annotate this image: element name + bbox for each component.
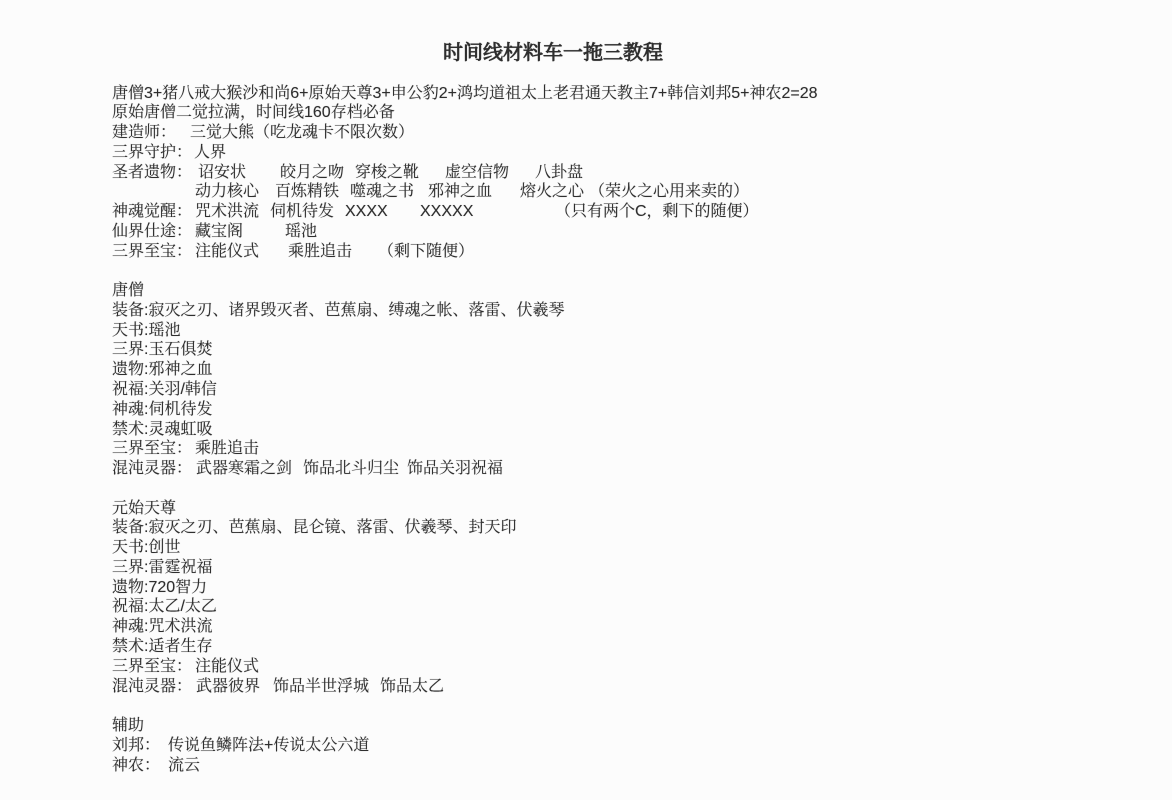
support-entry-value: 传说鱼鳞阵法+传说太公六道: [168, 736, 369, 756]
char-treasure-item: 注能仪式: [195, 657, 259, 677]
chaos-gear-item: 饰品关羽祝福: [407, 459, 503, 479]
relic-item: 诏安状: [198, 163, 246, 183]
tianshu-line: 天书:创世: [112, 538, 1142, 558]
holy-relics-line-1: 圣者遗物： 诏安状 皎月之吻 穿梭之靴 虚空信物 八卦盘: [112, 163, 1142, 183]
relic-item: 邪神之血: [428, 182, 492, 202]
builder-label: 建造师：: [112, 123, 176, 143]
chaos-gear-item: 饰品北斗归尘: [303, 459, 399, 479]
soul-item: XXXX: [345, 202, 388, 222]
char-treasure-label: 三界至宝：: [112, 657, 192, 677]
treasure-note: （剩下随便）: [378, 242, 474, 262]
soul-item: 伺机待发: [270, 202, 334, 222]
support-entry-value: 流云: [168, 756, 200, 776]
support-entry-label: 刘邦：: [112, 736, 160, 756]
relic-line: 遗物:邪神之血: [112, 360, 1142, 380]
chaos-gear-item: 饰品半世浮城: [273, 677, 369, 697]
blessing-line: 祝福:关羽/韩信: [112, 380, 1142, 400]
spacer: [112, 64, 1142, 84]
relic-item: 皎月之吻: [280, 163, 344, 183]
forbidden-line: 禁术:适者生存: [112, 637, 1142, 657]
treasure-item: 注能仪式: [195, 242, 259, 262]
soul-item: 咒术洪流: [195, 202, 259, 222]
support-entry-line: 神农： 流云: [112, 756, 1142, 776]
soul-line: 神魂:咒术洪流: [112, 617, 1142, 637]
forbidden-line: 禁术:灵魂虹吸: [112, 420, 1142, 440]
chaos-gear-item: 饰品太乙: [380, 677, 444, 697]
page-title: 时间线材料车一拖三教程: [443, 41, 663, 65]
char-treasure-item: 乘胜追击: [195, 439, 259, 459]
section-heading-support: 辅助: [112, 716, 1142, 736]
save-note-line: 原始唐僧二觉拉满，时间线160存档必备: [112, 103, 1142, 123]
holy-relics-label: 圣者遗物：: [112, 163, 192, 183]
document-page: 时间线材料车一拖三教程 唐僧3+猪八戒大猴沙和尚6+原始天尊3+申公豹2+鸿均道…: [0, 0, 1172, 800]
spacer: [112, 479, 1142, 499]
section-heading-tangseng: 唐僧: [112, 281, 1142, 301]
soul-awakening-line: 神魂觉醒： 咒术洪流 伺机待发 XXXX XXXXX （只有两个C，剩下的随便）: [112, 202, 1142, 222]
relic-item: 噬魂之书: [350, 182, 414, 202]
relic-note: （荣火之心用来卖的）: [589, 182, 749, 202]
title-row: 时间线材料车一拖三教程: [112, 44, 1142, 64]
chaos-gear-label: 混沌灵器：: [112, 677, 192, 697]
relic-item: 动力核心: [195, 182, 259, 202]
chaos-gear-label: 混沌灵器：: [112, 459, 192, 479]
immortal-career-line: 仙界仕途： 藏宝阁 瑶池: [112, 222, 1142, 242]
builder-value: 三觉大熊（吃龙魂卡不限次数）: [190, 123, 414, 143]
relic-item: 穿梭之靴: [355, 163, 419, 183]
spacer: [112, 696, 1142, 716]
realm-guard-label: 三界守护：: [112, 143, 192, 163]
realm-guard-value: 人界: [194, 143, 226, 163]
relic-item: 熔火之心: [520, 182, 584, 202]
char-treasure-label: 三界至宝：: [112, 439, 192, 459]
soul-line: 神魂:伺机待发: [112, 400, 1142, 420]
spacer: [112, 261, 1142, 281]
soul-awakening-label: 神魂觉醒：: [112, 202, 192, 222]
realm-guard-line: 三界守护： 人界: [112, 143, 1142, 163]
sanjie-line: 三界:玉石俱焚: [112, 340, 1142, 360]
relic-item: 百炼精铁: [275, 182, 339, 202]
chaos-gear-item: 武器彼界: [196, 677, 260, 697]
builder-line: 建造师： 三觉大熊（吃龙魂卡不限次数）: [112, 123, 1142, 143]
relic-item: 八卦盘: [535, 163, 583, 183]
char-treasure-line: 三界至宝： 乘胜追击: [112, 439, 1142, 459]
chaos-gear-line: 混沌灵器： 武器寒霜之剑 饰品北斗归尘 饰品关羽祝福: [112, 459, 1142, 479]
treasures-line: 三界至宝： 注能仪式 乘胜追击 （剩下随便）: [112, 242, 1142, 262]
soul-note: （只有两个C，剩下的随便）: [555, 202, 759, 222]
career-item: 瑶池: [285, 222, 317, 242]
immortal-career-label: 仙界仕途：: [112, 222, 192, 242]
chaos-gear-line: 混沌灵器： 武器彼界 饰品半世浮城 饰品太乙: [112, 677, 1142, 697]
treasures-label: 三界至宝：: [112, 242, 192, 262]
char-treasure-line: 三界至宝： 注能仪式: [112, 657, 1142, 677]
relic-item: 虚空信物: [445, 163, 509, 183]
treasure-item: 乘胜追击: [288, 242, 352, 262]
career-item: 藏宝阁: [195, 222, 243, 242]
team-formula-line: 唐僧3+猪八戒大猴沙和尚6+原始天尊3+申公豹2+鸿均道祖太上老君通天教主7+韩…: [112, 84, 1142, 104]
equip-line: 装备:寂灭之刃、芭蕉扇、昆仑镜、落雷、伏羲琴、封天印: [112, 518, 1142, 538]
sanjie-line: 三界:雷霆祝福: [112, 558, 1142, 578]
section-heading-yuanshi: 元始天尊: [112, 499, 1142, 519]
document-body: 时间线材料车一拖三教程 唐僧3+猪八戒大猴沙和尚6+原始天尊3+申公豹2+鸿均道…: [112, 44, 1142, 775]
soul-item: XXXXX: [420, 202, 473, 222]
tianshu-line: 天书:瑶池: [112, 321, 1142, 341]
equip-line: 装备:寂灭之刃、诸界毁灭者、芭蕉扇、缚魂之帐、落雷、伏羲琴: [112, 301, 1142, 321]
chaos-gear-item: 武器寒霜之剑: [196, 459, 292, 479]
support-entry-label: 神农：: [112, 756, 160, 776]
support-entry-line: 刘邦： 传说鱼鳞阵法+传说太公六道: [112, 736, 1142, 756]
holy-relics-line-2: 动力核心 百炼精铁 噬魂之书 邪神之血 熔火之心 （荣火之心用来卖的）: [112, 182, 1142, 202]
relic-line: 遗物:720智力: [112, 578, 1142, 598]
blessing-line: 祝福:太乙/太乙: [112, 597, 1142, 617]
